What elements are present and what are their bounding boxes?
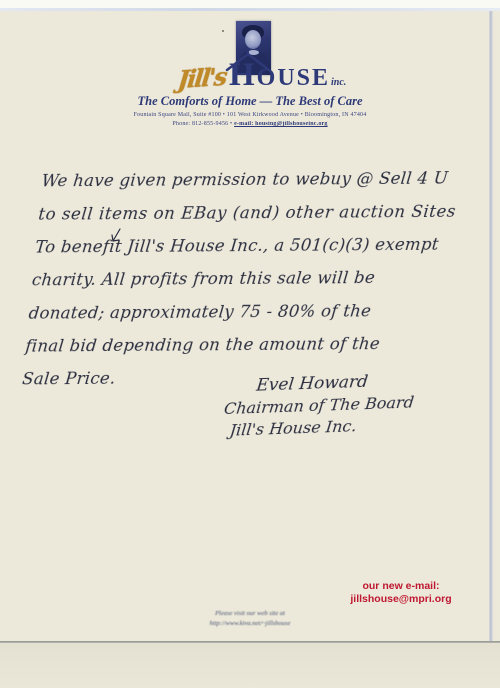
- logo-inc-text: inc.: [331, 77, 346, 88]
- tagline: The Comforts of Home — The Best of Care: [0, 94, 500, 109]
- handwriting-line: charity. All profits from this sale will…: [30, 260, 478, 296]
- scanner-top-band: [0, 0, 500, 8]
- email-text: e-mail: housing@jillshouseinc.org: [234, 121, 328, 127]
- website-url: http://www.kiva.net/~jillshouse: [100, 619, 400, 629]
- signature-block: Evel Howard Chairman of The Board Jill's…: [219, 368, 456, 442]
- new-email-note: our new e-mail: jillshouse@mpri.org: [335, 580, 467, 606]
- handwriting-line: to sell items on EBay (and) other auctio…: [37, 194, 485, 230]
- website-note: Please visit our web site at http://www.…: [100, 609, 400, 629]
- scanner-background: [0, 643, 500, 688]
- scanned-letter: Jill's HOUSEinc. The Comforts of Home — …: [0, 0, 500, 688]
- address-line: Fountain Square Mall, Suite #100 • 101 W…: [0, 112, 500, 118]
- photo-face: [245, 30, 261, 49]
- scan-speck: [222, 30, 224, 32]
- website-label: Please visit our web site at: [100, 609, 400, 619]
- logo-house: HOUSEinc.: [229, 57, 346, 94]
- phone-text: Phone: 812-855-9456 •: [172, 121, 234, 127]
- stray-pen-mark: [108, 228, 124, 251]
- new-email-label: our new e-mail:: [335, 580, 467, 593]
- contact-line: Phone: 812-855-9456 • e-mail: housing@ji…: [0, 121, 500, 127]
- handwriting-line: To benefit Jill's House Inc., a 501(c)(3…: [34, 227, 482, 263]
- paper-right-edge: [489, 11, 493, 643]
- scanner-edge-line: [0, 8, 500, 11]
- handwriting-line: We have given permission to webuy @ Sell…: [40, 161, 488, 197]
- logo-house-text: HOUSE: [229, 57, 330, 94]
- new-email-address: jillshouse@mpri.org: [335, 593, 467, 606]
- handwriting-line: final bid depending on the amount of the: [24, 326, 472, 362]
- handwriting-line: donated; approximately 75 - 80% of the: [27, 293, 475, 329]
- handwritten-body: We have given permission to webuy @ Sell…: [21, 161, 489, 395]
